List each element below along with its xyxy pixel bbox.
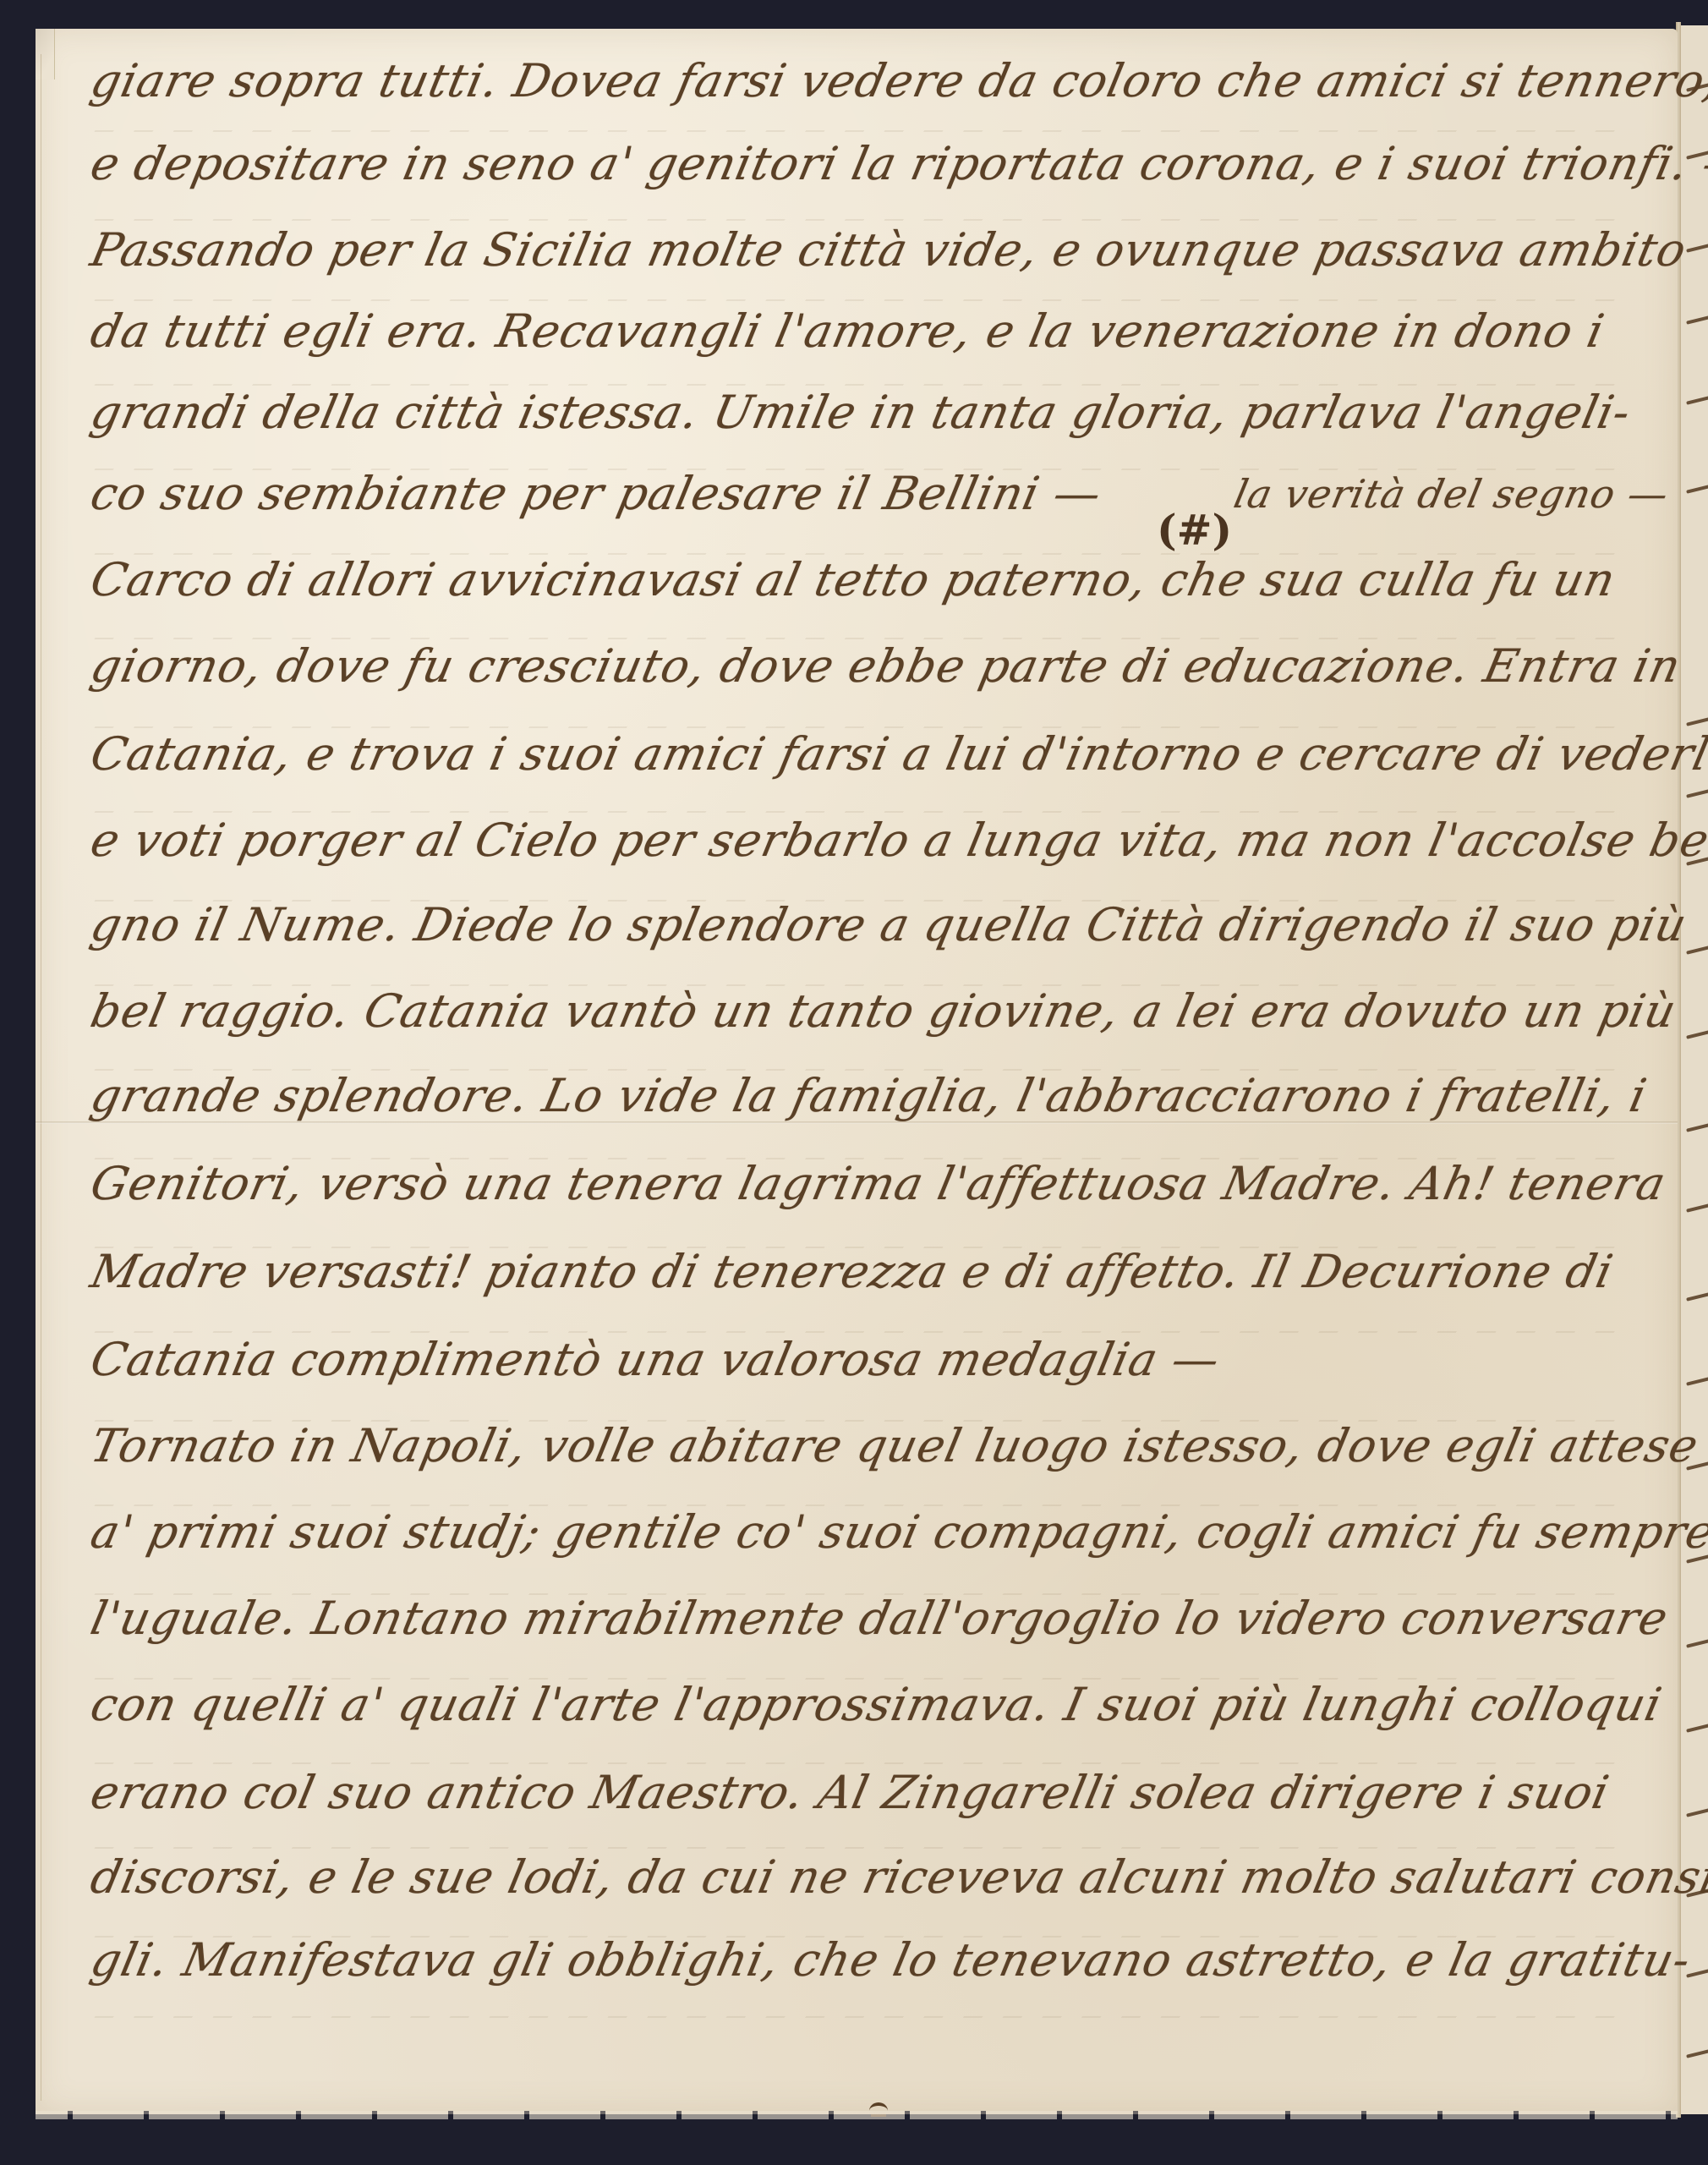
text-line: erano col suo antico Maestro. Al Zingare… [85,1759,1661,1827]
text-line: giorno, dove fu cresciuto, dove ebbe par… [85,633,1661,700]
text-line: gli. Manifestava gli obblighi, che lo te… [85,1927,1661,1994]
text-line: Catania complimentò una valorosa medagli… [85,1326,1661,1394]
manuscript-page: giare sopra tutti. Dovea farsi vedere da… [36,29,1678,2114]
marginal-insertion: la verità del segno — [1228,460,1658,528]
text-line: gno il Nume. Diede lo splendore a quella… [85,891,1661,959]
text-line: Catania, e trova i suoi amici farsi a lu… [85,721,1661,788]
text-line: e depositare in seno a' genitori la ripo… [85,130,1661,198]
text-line: con quelli a' quali l'arte l'approssimav… [85,1671,1661,1739]
text-line: Passando per la Sicilia molte città vide… [85,216,1661,284]
text-line: Genitori, versò una tenera lagrima l'aff… [85,1150,1661,1218]
text-line: bel raggio. Catania vantò un tanto giovi… [85,978,1661,1045]
adjacent-page-edge [1681,25,1708,2114]
text-line: l'uguale. Lontano mirabilmente dall'orgo… [85,1585,1661,1653]
text-line: Madre versasti! pianto di tenerezza e di… [85,1238,1661,1306]
text-line: co suo sembiante per palesare il Bellini… [85,460,1049,528]
handwritten-text: giare sopra tutti. Dovea farsi vedere da… [36,29,1678,2114]
text-line: Tornato in Napoli, volle abitare quel lu… [85,1412,1661,1480]
text-line: da tutti egli era. Recavangli l'amore, e… [85,298,1661,365]
text-line: a' primi suoi studj; gentile co' suoi co… [85,1499,1661,1566]
text-line: grande splendore. Lo vide la famiglia, l… [85,1062,1661,1130]
text-line: discorsi, e le sue lodi, da cui ne ricev… [85,1844,1661,1911]
text-line: giare sopra tutti. Dovea farsi vedere da… [85,47,1661,115]
torn-bottom-edge [36,2111,1678,2119]
text-line: e voti porger al Cielo per serbarlo a lu… [85,807,1661,874]
text-line: grandi della città istessa. Umile in tan… [85,379,1661,447]
text-line: Carco di allori avvicinavasi al tetto pa… [85,546,1661,614]
manuscript-viewer: giare sopra tutti. Dovea farsi vedere da… [0,0,1708,2165]
